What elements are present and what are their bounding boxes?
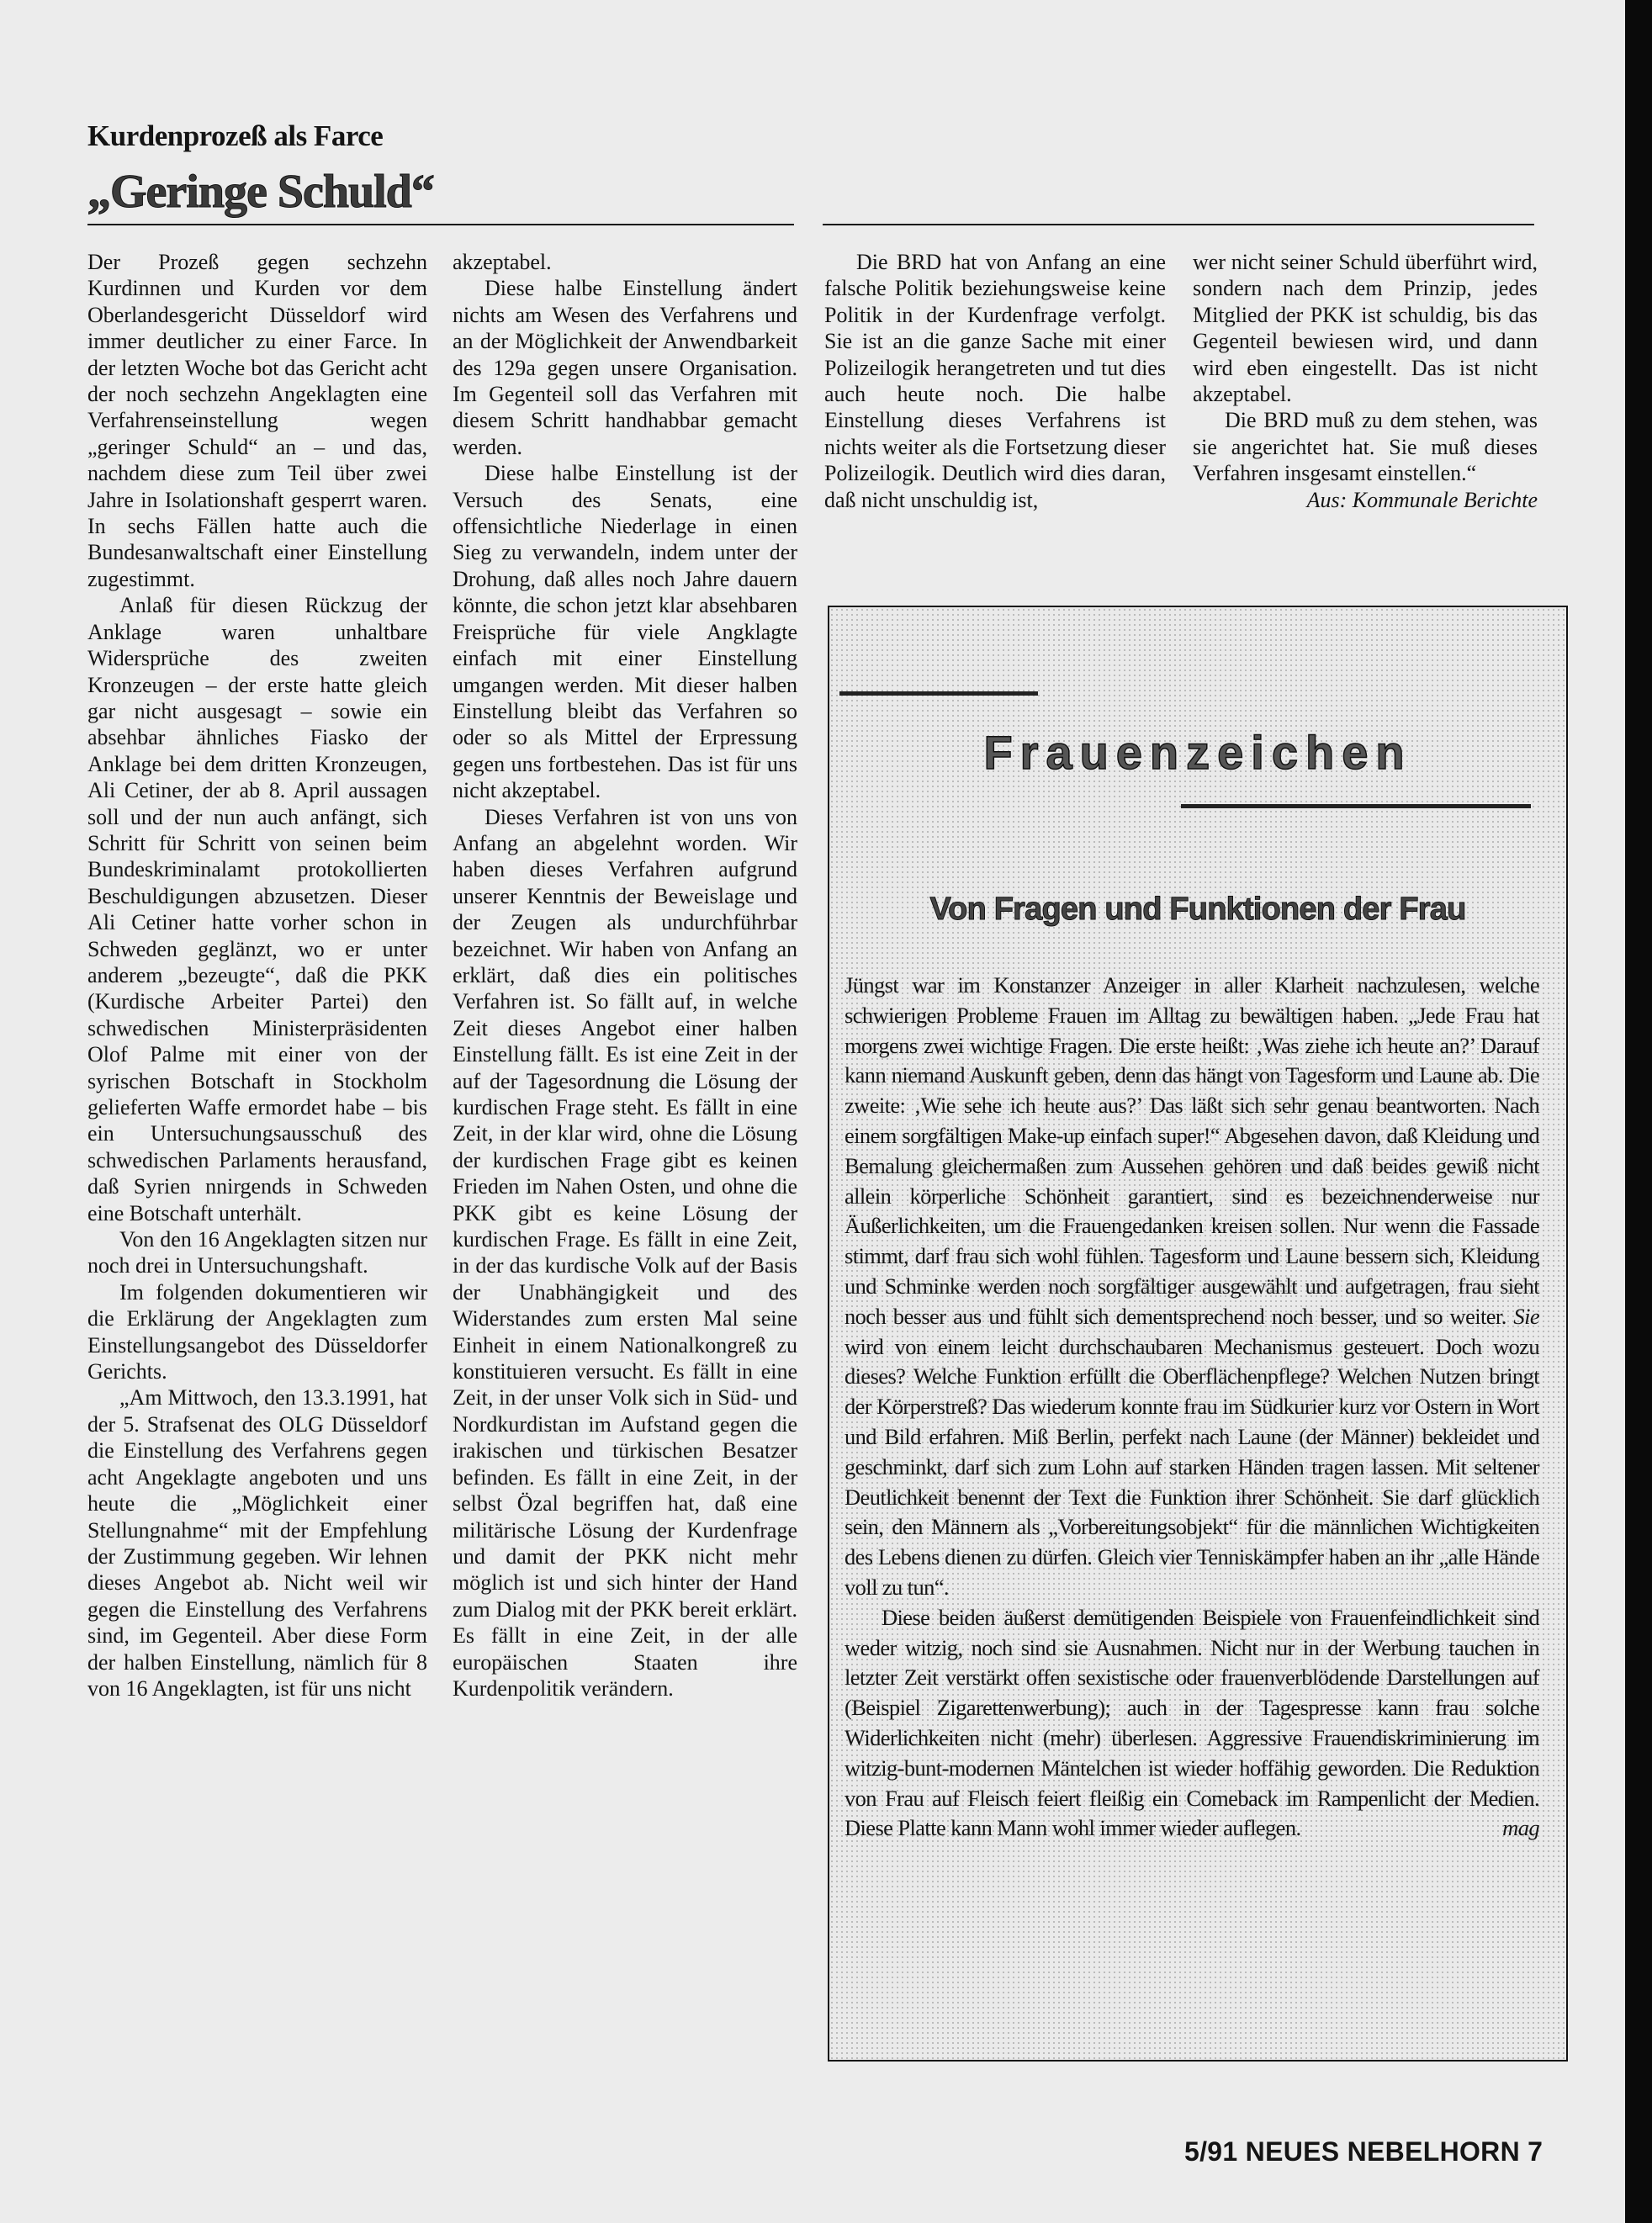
paragraph: Von den 16 Angeklagten sitzen nur noch d… [87, 1226, 427, 1279]
box-headline: Von Fragen und Funktionen der Frau [829, 892, 1566, 928]
headline-rule [87, 224, 794, 225]
paragraph: „Am Mittwoch, den 13.3.1991, hat der 5. … [87, 1384, 427, 1702]
article-column-3: Die BRD hat von Anfang an eine falsche P… [824, 249, 1166, 513]
paragraph: Der Prozeß gegen sechzehn Kurdinnen und … [87, 249, 427, 592]
paragraph: Dieses Verfahren ist von uns von Anfang … [453, 804, 797, 1702]
paragraph: wer nicht seiner Schuld überführt wird, … [1193, 249, 1538, 407]
paragraph: akzeptabel. [453, 249, 797, 275]
emphasis: Sie [1513, 1304, 1539, 1329]
decorative-rule [839, 691, 1038, 696]
decorative-rule [1181, 804, 1531, 808]
newspaper-page: Kurdenprozeß als Farce „Geringe Schuld“ … [0, 0, 1625, 2223]
article-column-1: Der Prozeß gegen sechzehn Kurdinnen und … [87, 249, 427, 1702]
paragraph: Im folgenden dokumentieren wir die Erklä… [87, 1279, 427, 1385]
frauenzeichen-box: Frauenzeichen Von Fragen und Funktionen … [828, 606, 1568, 2062]
source-credit: Aus: Kommunale Berichte [1193, 487, 1538, 513]
author-signature: mag [1465, 1813, 1539, 1844]
paragraph: Anlaß für diesen Rückzug der Anklage war… [87, 592, 427, 1226]
section-title: Frauenzeichen [829, 725, 1566, 780]
page-footer: 5/91 NEUES NEBELHORN 7 [1184, 2136, 1543, 2167]
article-headline: „Geringe Schuld“ [87, 165, 434, 219]
paragraph: Jüngst war im Konstanzer Anzeiger in all… [845, 971, 1539, 1603]
paragraph: Die BRD muß zu dem stehen, was sie anger… [1193, 407, 1538, 486]
article-column-4: wer nicht seiner Schuld überführt wird, … [1193, 249, 1538, 513]
text-run: Diese beiden äußerst demütigenden Beispi… [845, 1605, 1539, 1841]
paragraph: Diese beiden äußerst demütigenden Beispi… [845, 1603, 1539, 1844]
paragraph: Diese halbe Einstellung ändert nichts am… [453, 275, 797, 460]
text-run: wird von einem leicht durchschaubaren Me… [845, 1334, 1539, 1600]
paragraph: Die BRD hat von Anfang an eine falsche P… [824, 249, 1166, 513]
article-kicker: Kurdenprozeß als Farce [87, 119, 383, 153]
column-rule [823, 224, 1534, 225]
paragraph: Diese halbe Einstellung ist der Versuch … [453, 460, 797, 803]
box-body: Jüngst war im Konstanzer Anzeiger in all… [845, 971, 1539, 1844]
article-column-2: akzeptabel. Diese halbe Einstellung ände… [453, 249, 797, 1702]
text-run: Jüngst war im Konstanzer Anzeiger in all… [845, 972, 1539, 1329]
